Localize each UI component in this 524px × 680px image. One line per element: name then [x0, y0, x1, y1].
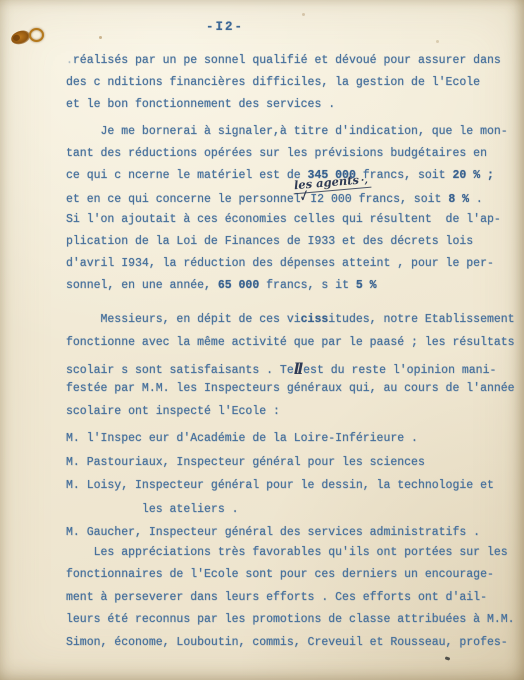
text-line: leurs été reconnus par les promotions de… [66, 613, 518, 636]
paragraph-p1: .réalisés par un pe sonnel qualifié et d… [66, 54, 518, 120]
text-line: ment à perseverer dans leurs efforts . C… [66, 591, 518, 614]
rust-stain-top-left [11, 26, 43, 46]
page-number: -I2- [206, 20, 244, 34]
typewritten-text: 20 % ; [452, 169, 493, 182]
typewritten-text: Je me bornerai à signaler,à titre d'indi… [66, 125, 508, 138]
typewritten-text: ciss [301, 313, 329, 326]
typewritten-text: sonnel, en une année, [66, 279, 218, 292]
typewritten-text: M. Pastouriaux, Inspecteur général pour … [66, 456, 425, 469]
text-line: d'avril I934, la réduction des dépenses … [66, 257, 518, 279]
typewritten-text: des c nditions financières difficiles, l… [66, 76, 480, 89]
typewritten-text: Simon, économe, Louboutin, commis, Creve… [66, 636, 508, 649]
rust-stain-blob [10, 29, 31, 46]
text-line: Les appréciations très favorables qu'ils… [66, 546, 518, 569]
typewritten-text: est du reste l'opinion mani- [303, 364, 496, 377]
typewritten-text: 65 000 [218, 279, 259, 292]
text-line: Messieurs, en dépit de ces vicissitudes,… [66, 313, 518, 336]
text-line: Si l'on ajoutait à ces économies celles … [66, 213, 518, 235]
typewritten-text: et en ce qui concerne le personnel [66, 193, 301, 206]
typewritten-text: itudes, notre Etablissement [328, 313, 514, 326]
typewritten-text: et le bon fonctionnement des services . [66, 98, 335, 111]
typewritten-text: d'avril I934, la réduction des dépenses … [66, 257, 494, 270]
typewritten-text: tant des réductions opérées sur les prév… [66, 147, 487, 160]
typewritten-text: ce qui c ncerne le matériel est de [66, 169, 308, 182]
scanned-paper-page: -I2- .réalisés par un pe sonnel qualifié… [0, 0, 524, 680]
paragraph-p2: Je me bornerai à signaler,à titre d'indi… [66, 125, 518, 301]
typewritten-text: . [66, 54, 73, 67]
text-line: sonnel, en une année, 65 000 francs, s i… [66, 279, 518, 301]
text-line: scolaire ont inspecté l'Ecole : [66, 405, 518, 428]
paragraph-p3: Messieurs, en dépit de ces vicissitudes,… [66, 313, 518, 428]
paragraph-p5: Les appréciations très favorables qu'ils… [66, 546, 518, 659]
typewritten-text: scolaire ont inspecté l'Ecole : [66, 405, 280, 418]
typewritten-text: 5 % [356, 279, 377, 292]
text-line: M. l'Inspec eur d'Académie de la Loire-I… [66, 432, 518, 456]
typewritten-text: festée par M.M. les Inspecteurs généraux… [66, 382, 515, 395]
typewritten-text: les ateliers . [66, 503, 239, 516]
typewritten-text: M. l'Inspec eur d'Académie de la Loire-I… [66, 432, 418, 445]
paragraph-p4: M. l'Inspec eur d'Académie de la Loire-I… [66, 432, 518, 550]
paper-speck-top-right [436, 40, 439, 43]
text-line: et en ce qui concerne le personnelles ag… [66, 191, 518, 213]
typewritten-text: M. Loisy, Inspecteur général pour le des… [66, 479, 494, 492]
typewritten-text: scolair s sont satisfaisants . Te [66, 364, 294, 377]
typewritten-text: francs, s it [259, 279, 356, 292]
text-line: scolair s sont satisfaisants . Tellest d… [66, 359, 518, 382]
rust-stain-hole [29, 28, 44, 42]
typewritten-text: réalisés par un pe sonnel qualifié et dé… [73, 54, 501, 67]
typewritten-text: I2 000 francs, soit [310, 193, 448, 206]
typewritten-text: plication de la Loi de Finances de I933 … [66, 235, 473, 248]
text-line: Je me bornerai à signaler,à titre d'indi… [66, 125, 518, 147]
text-line: Simon, économe, Louboutin, commis, Creve… [66, 636, 518, 659]
text-line: tant des réductions opérées sur les prév… [66, 147, 518, 169]
text-line: M. Loisy, Inspecteur général pour le des… [66, 479, 518, 503]
text-line: .réalisés par un pe sonnel qualifié et d… [66, 54, 518, 76]
typewritten-text: Si l'on ajoutait à ces économies celles … [66, 213, 501, 226]
typewritten-text: leurs été reconnus par les promotions de… [66, 613, 515, 626]
text-line: les ateliers . [66, 503, 518, 527]
typewritten-text: 8 % [448, 193, 469, 206]
text-line: M. Pastouriaux, Inspecteur général pour … [66, 456, 518, 480]
paper-speck-top [302, 13, 305, 16]
paper-speck-left [99, 36, 102, 39]
text-line: plication de la Loi de Finances de I933 … [66, 235, 518, 257]
typewritten-text: fonctionnaires de l'Ecole sont pour ces … [66, 568, 494, 581]
handwritten-correction: ll [294, 360, 301, 378]
typewritten-text: M. Gaucher, Inspecteur général des servi… [66, 526, 480, 539]
text-line: et le bon fonctionnement des services . [66, 98, 518, 120]
text-line: des c nditions financières difficiles, l… [66, 76, 518, 98]
text-line: fonctionnaires de l'Ecole sont pour ces … [66, 568, 518, 591]
typewritten-text: Les appréciations très favorables qu'ils… [66, 546, 508, 559]
insertion-caret-mark: ✓ [297, 184, 310, 206]
text-line: festée par M.M. les Inspecteurs généraux… [66, 382, 518, 405]
document-body: .réalisés par un pe sonnel qualifié et d… [66, 54, 518, 658]
typewritten-text: ment à perseverer dans leurs efforts . C… [66, 591, 487, 604]
text-line: fonctionne avec la même activité que par… [66, 336, 518, 359]
typewritten-text: . [469, 193, 483, 206]
typewritten-text: Messieurs, en dépit de ces vi [66, 313, 301, 326]
typewritten-text: fonctionne avec la même activité que par… [66, 336, 515, 349]
